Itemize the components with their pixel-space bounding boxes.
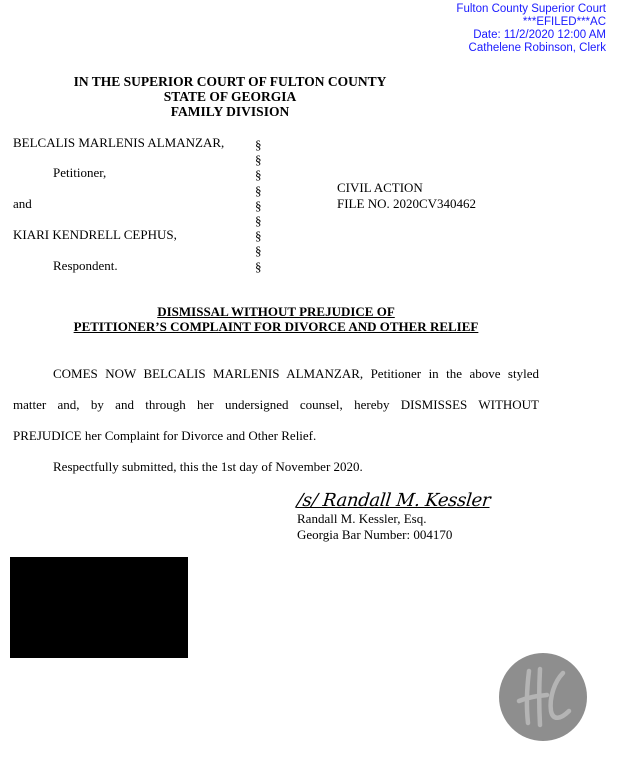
court-header: IN THE SUPERIOR COURT OF FULTON COUNTY S… xyxy=(0,74,460,119)
body-line-3: PREJUDICE her Complaint for Divorce and … xyxy=(13,428,539,444)
respondent-label: Respondent. xyxy=(53,258,118,274)
section-symbol: § xyxy=(255,243,262,258)
bar-number: Georgia Bar Number: 004170 xyxy=(297,527,490,543)
section-symbol: § xyxy=(255,167,262,182)
section-symbol: § xyxy=(255,213,262,228)
title-line-1: DISMISSAL WITHOUT PREJUDICE OF xyxy=(0,304,552,319)
attorney-name: Randall M. Kessler, Esq. xyxy=(297,511,490,527)
submitted-line: Respectfully submitted, this the 1st day… xyxy=(53,459,539,475)
section-symbol: § xyxy=(255,137,262,152)
file-number: FILE NO. 2020CV340462 xyxy=(337,196,476,212)
stamp-efiled: ***EFILED***AC xyxy=(456,16,606,29)
civil-action-label: CIVIL ACTION xyxy=(337,180,476,196)
document-title: DISMISSAL WITHOUT PREJUDICE OF PETITIONE… xyxy=(0,304,552,334)
hl-monogram-icon xyxy=(513,665,573,729)
court-state: STATE OF GEORGIA xyxy=(0,89,460,104)
signature: /s/ Randall M. Kessler xyxy=(296,490,491,511)
body-line-2: matter and, by and through her undersign… xyxy=(13,397,539,413)
section-symbol: § xyxy=(255,228,262,243)
conjunction: and xyxy=(13,196,32,212)
body-line-1: COMES NOW BELCALIS MARLENIS ALMANZAR, Pe… xyxy=(53,366,539,382)
signature-block: /s/ Randall M. Kessler Randall M. Kessle… xyxy=(297,490,490,543)
civil-action-block: CIVIL ACTION FILE NO. 2020CV340462 xyxy=(337,180,476,212)
efile-stamp: Fulton County Superior Court ***EFILED**… xyxy=(456,3,606,55)
court-division: FAMILY DIVISION xyxy=(0,104,460,119)
respondent-name: KIARI KENDRELL CEPHUS, xyxy=(13,227,177,243)
redaction-block xyxy=(10,557,188,658)
section-symbol: § xyxy=(255,152,262,167)
hl-logo-icon xyxy=(499,653,587,741)
court-name: IN THE SUPERIOR COURT OF FULTON COUNTY xyxy=(0,74,460,89)
stamp-date: Date: 11/2/2020 12:00 AM xyxy=(456,29,606,42)
petitioner-label: Petitioner, xyxy=(53,165,106,181)
section-symbol: § xyxy=(255,198,262,213)
section-symbol-column: §§§§§§§§§ xyxy=(255,137,262,274)
section-symbol: § xyxy=(255,183,262,198)
stamp-court: Fulton County Superior Court xyxy=(456,3,606,16)
section-symbol: § xyxy=(255,259,262,274)
petitioner-name: BELCALIS MARLENIS ALMANZAR, xyxy=(13,135,224,151)
stamp-clerk: Cathelene Robinson, Clerk xyxy=(456,42,606,55)
title-line-2: PETITIONER’S COMPLAINT FOR DIVORCE AND O… xyxy=(0,319,552,334)
